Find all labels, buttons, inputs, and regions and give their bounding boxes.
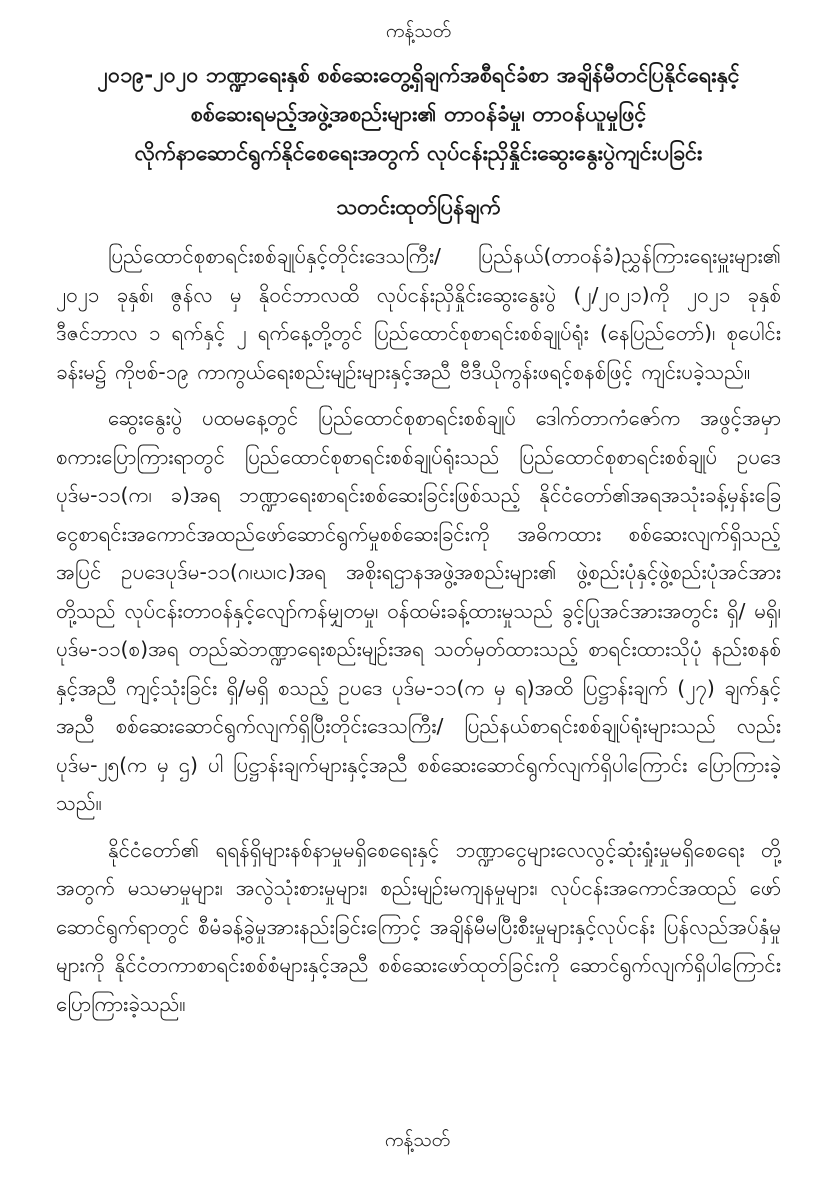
paragraph-3: နိုင်ငံတော်၏ ရရန်ရှိများနစ်နာမှုမရှိစေရေ…: [56, 831, 781, 1024]
classification-marking-bottom: ကန့်သတ်: [0, 1128, 835, 1156]
document-body: ပြည်ထောင်စုစာရင်းစစ်ချုပ်နှင့်တိုင်းဒေသက…: [56, 237, 781, 1023]
document-subtitle: သတင်းထုတ်ပြန်ချက်: [56, 193, 781, 223]
title-line-1: ၂၀၁၉-၂၀၂၀ ဘဏ္ဍာရေးနှစ် စစ်ဆေးတွေ့ရှိချက်…: [56, 56, 781, 95]
title-line-3: လိုက်နာဆောင်ရွက်နိုင်စေရေးအတွက် လုပ်ငန်း…: [56, 134, 781, 173]
paragraph-2: ဆွေးနွေးပွဲ ပထမနေ့တွင် ပြည်ထောင်စုစာရင်း…: [56, 399, 781, 823]
classification-marking-top: ကန့်သတ်: [56, 16, 781, 46]
document-title: ၂၀၁၉-၂၀၂၀ ဘဏ္ဍာရေးနှစ် စစ်ဆေးတွေ့ရှိချက်…: [56, 56, 781, 173]
paragraph-1: ပြည်ထောင်စုစာရင်းစစ်ချုပ်နှင့်တိုင်းဒေသက…: [56, 237, 781, 391]
title-line-2: စစ်ဆေးရမည့်အဖွဲ့အစည်းများ၏ တာဝန်ခံမှု၊ တ…: [56, 95, 781, 134]
document-page: ကန့်သတ် ၂၀၁၉-၂၀၂၀ ဘဏ္ဍာရေးနှစ် စစ်ဆေးတွေ…: [0, 0, 835, 1200]
